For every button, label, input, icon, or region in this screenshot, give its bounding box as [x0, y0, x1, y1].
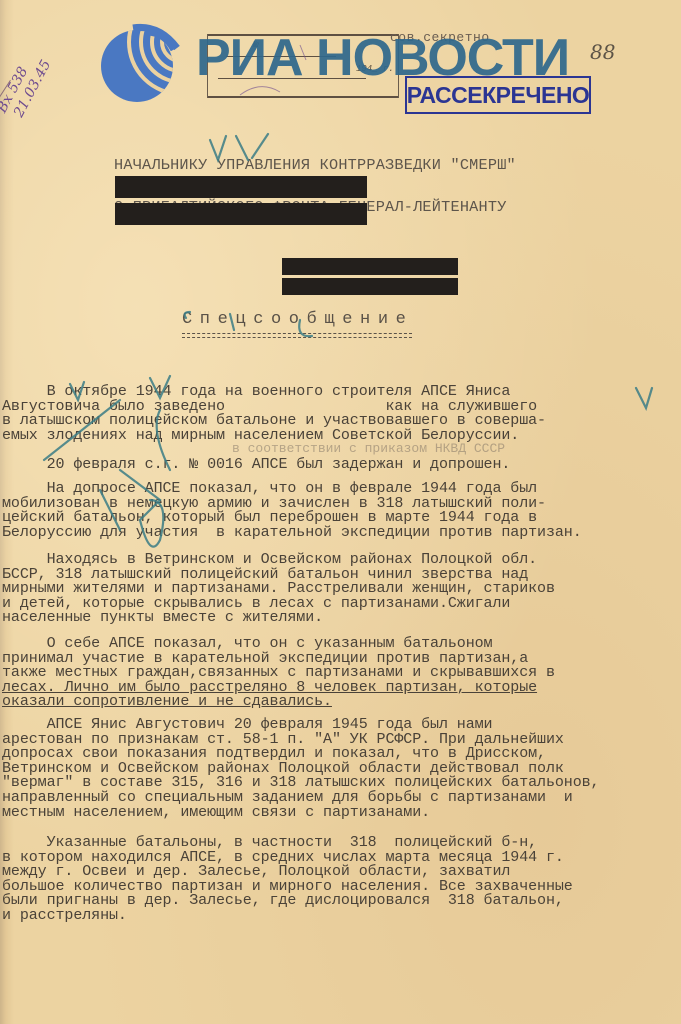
paragraph-self-testimony: О себе АПСЕ показал, что он с указанным … — [2, 637, 555, 710]
text-line: "вермаг" в составе 315, 316 и 318 латышс… — [2, 776, 599, 791]
text-line: принимал участие в карательной экспедици… — [2, 652, 555, 667]
addressee-line: НАЧАЛЬНИКУ УПРАВЛЕНИЯ КОНТРРАЗВЕДКИ "СМЕ… — [114, 159, 516, 173]
faded-insert-text: в соответствии с приказом НКВД СССР — [232, 441, 505, 456]
text-line: между г. Освеи и дер. Залесье, Полоцкой … — [2, 865, 573, 880]
paragraph-battalions: Указанные батальоны, в частности 318 пол… — [2, 836, 573, 924]
text-line: мобилизован в немецкую армию и зачислен … — [2, 497, 582, 512]
text-line: в латышском полицейском батальоне и учас… — [2, 414, 546, 429]
text-line: допросах свои показания подтвердил и пок… — [2, 747, 599, 762]
text-line: были пригнаны в дер. Залесье, где дислоц… — [2, 894, 573, 909]
text-line: и расстреляны. — [2, 909, 573, 924]
text-line: арестован по признакам ст. 58-1 п. "А" У… — [2, 733, 599, 748]
text-line: цейский батальон, который был переброшен… — [2, 511, 582, 526]
paragraph-interrogation: На допросе АПСЕ показал, что он в феврал… — [2, 482, 582, 540]
ria-novosti-logo-icon — [99, 20, 183, 104]
redaction-bar — [115, 203, 367, 225]
document-title: Спецсообщение — [182, 310, 413, 329]
text-line: На допросе АПСЕ показал, что он в феврал… — [2, 482, 582, 497]
text-line: и детей, которые скрывались в лесах с па… — [2, 597, 555, 612]
text-line: О себе АПСЕ показал, что он с указанным … — [2, 637, 555, 652]
redaction-bar — [115, 176, 367, 198]
text-line: АПСЕ Янис Августович 20 февраля 1945 год… — [2, 718, 599, 733]
declassified-stamp: РАССЕКРЕЧЕНО — [405, 76, 591, 114]
text-line: мирными жителями и партизанами. Расстрел… — [2, 582, 555, 597]
text-line-underlined: оказали сопротивление и не сдавались. — [2, 695, 555, 710]
text-line: БССР, 318 латышский полицейский батальон… — [2, 568, 555, 583]
paragraph-arrest: АПСЕ Янис Августович 20 февраля 1945 год… — [2, 718, 599, 820]
text-line: Августовича было заведено как на служивш… — [2, 400, 546, 415]
title-double-underline — [182, 333, 412, 338]
text-line: в котором находился АПСЕ, в средних числ… — [2, 851, 573, 866]
text-line: Белоруссию для участия в карательной экс… — [2, 526, 582, 541]
text-line: 20 февраля с.г. № 0016 АПСЕ был задержан… — [2, 458, 510, 473]
paragraph-atrocities: Находясь в Ветринском и Освейском района… — [2, 553, 555, 626]
redaction-bar — [282, 258, 458, 275]
margin-registration-note: Вх 538 21.03.45 — [0, 49, 55, 124]
paragraph-case-opened: В октябре 1944 года на военного строител… — [2, 385, 546, 443]
text-line: направленный со специальным заданием для… — [2, 791, 599, 806]
text-line: местным населением, имеющим связи с парт… — [2, 806, 599, 821]
page-number: 88 — [590, 40, 615, 64]
paragraph-detained: 20 февраля с.г. № 0016 АПСЕ был задержан… — [2, 458, 510, 473]
text-line: населенные пункты вместе с жителями. — [2, 611, 555, 626]
text-line: Находясь в Ветринском и Освейском района… — [2, 553, 555, 568]
document-page: Вх 538 21.03.45 № 194_ г. сов.секретно Р… — [0, 0, 681, 1024]
text-line: Указанные батальоны, в частности 318 пол… — [2, 836, 573, 851]
text-line: также местных граждан,связанных с партиз… — [2, 666, 555, 681]
text-line-underlined: лесах. Лично им было расстреляно 8 челов… — [2, 681, 555, 696]
text-line: В октябре 1944 года на военного строител… — [2, 385, 546, 400]
redaction-bar — [282, 278, 458, 295]
